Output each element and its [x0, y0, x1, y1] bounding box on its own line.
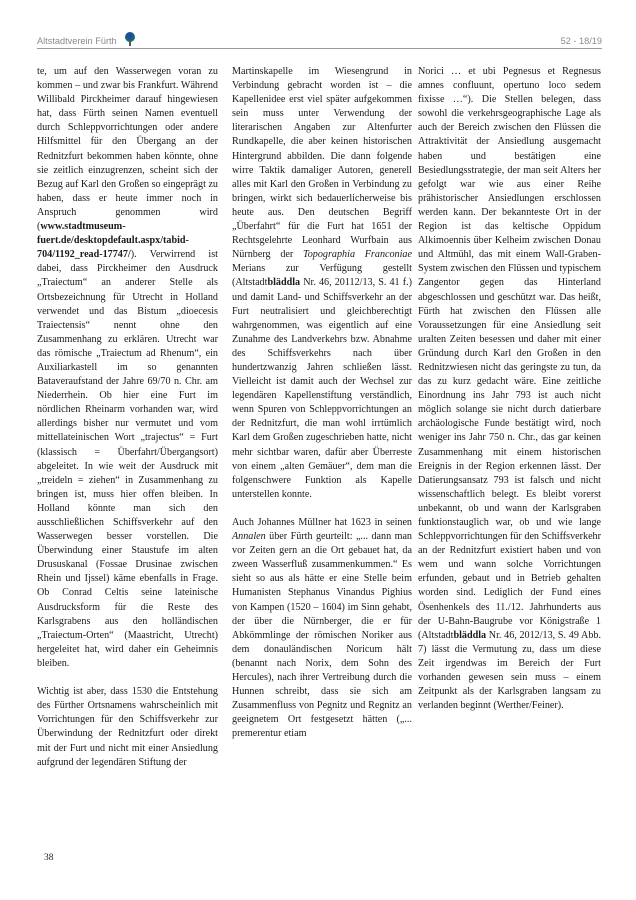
paragraph: te, um auf den Wasserwegen voran zu komm…: [37, 65, 218, 671]
text-run: te, um auf den Wasserwegen voran zu komm…: [37, 66, 218, 232]
paragraph: Auch Johannes Müllner hat 1623 in seinen…: [232, 516, 412, 742]
text-run: Auch Johannes Müllner hat 1623 in seinen: [232, 517, 412, 528]
text-column-1: te, um auf den Wasserwegen voran zu komm…: [37, 65, 218, 770]
book-title: Topographia Franconiae: [303, 249, 412, 260]
issue-number: 52 - 18/19: [561, 36, 602, 46]
header-publisher: Altstadtverein Fürth: [37, 32, 135, 46]
book-title: Annalen: [232, 531, 266, 542]
paragraph: Wichtig ist aber, dass 1530 die Entstehu…: [37, 685, 218, 770]
publication-name: bläddla: [267, 277, 300, 288]
text-run: über Fürth geurteilt: „... dann man vor …: [232, 531, 412, 739]
running-header: Altstadtverein Fürth: [37, 34, 485, 49]
tree-trunk: [129, 41, 131, 46]
publication-name: bläddla: [453, 630, 486, 641]
text-run: ). Verwirrend ist dabei, dass Pirckheime…: [37, 249, 218, 669]
header-issue: 52 - 18/19: [485, 34, 602, 49]
text-run: Martinskapelle im Wiesengrund in Verbind…: [232, 66, 412, 260]
text-run: Norici … et ubi Pegnesus et Regnesus amn…: [418, 66, 601, 641]
paragraph: Martinskapelle im Wiesengrund in Verbind…: [232, 65, 412, 502]
text-column-2: Martinskapelle im Wiesengrund in Verbind…: [232, 65, 412, 742]
tree-icon: [125, 32, 135, 46]
text-run: Nr. 46, 2012/13, S. 49 Abb. 7) lässt die…: [418, 630, 601, 711]
paragraph: Norici … et ubi Pegnesus et Regnesus amn…: [418, 65, 601, 713]
publisher-name: Altstadtverein Fürth: [37, 36, 117, 46]
text-run: Wichtig ist aber, dass 1530 die Entstehu…: [37, 686, 218, 767]
text-run: Nr. 46, 20112/13, S. 41 f.) und damit La…: [232, 277, 412, 499]
page-number: 38: [44, 853, 54, 863]
text-column-3: Norici … et ubi Pegnesus et Regnesus amn…: [418, 65, 601, 713]
